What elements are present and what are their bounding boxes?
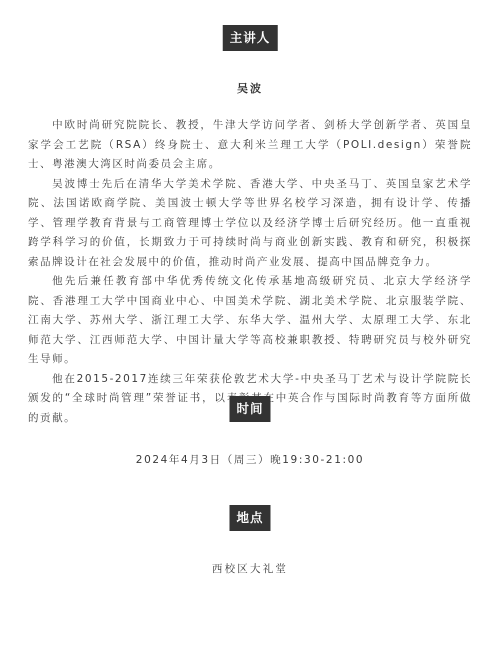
event-time: 2024年4月3日（周三）晚19:30-21:00	[0, 452, 500, 467]
speaker-section-tag: 主讲人	[223, 25, 278, 51]
speaker-bio: 中欧时尚研究院院长、教授，牛津大学访问学者、剑桥大学创新学者、英国皇家学会工艺院…	[28, 116, 472, 428]
time-section-tag: 时间	[229, 396, 270, 422]
bio-paragraph: 他先后兼任教育部中华优秀传统文化传承基地高级研究员、北京大学经济学院、香港理工大…	[28, 272, 472, 370]
event-announcement-page: 主讲人 吴波 中欧时尚研究院院长、教授，牛津大学访问学者、剑桥大学创新学者、英国…	[0, 0, 500, 650]
speaker-name: 吴波	[0, 80, 500, 96]
bio-paragraph: 吴波博士先后在清华大学美术学院、香港大学、中央圣马丁、英国皇家艺术学院、法国诺欧…	[28, 175, 472, 273]
event-location: 西校区大礼堂	[0, 561, 500, 576]
bio-paragraph: 中欧时尚研究院院长、教授，牛津大学访问学者、剑桥大学创新学者、英国皇家学会工艺院…	[28, 116, 472, 175]
place-section-tag: 地点	[229, 505, 270, 531]
